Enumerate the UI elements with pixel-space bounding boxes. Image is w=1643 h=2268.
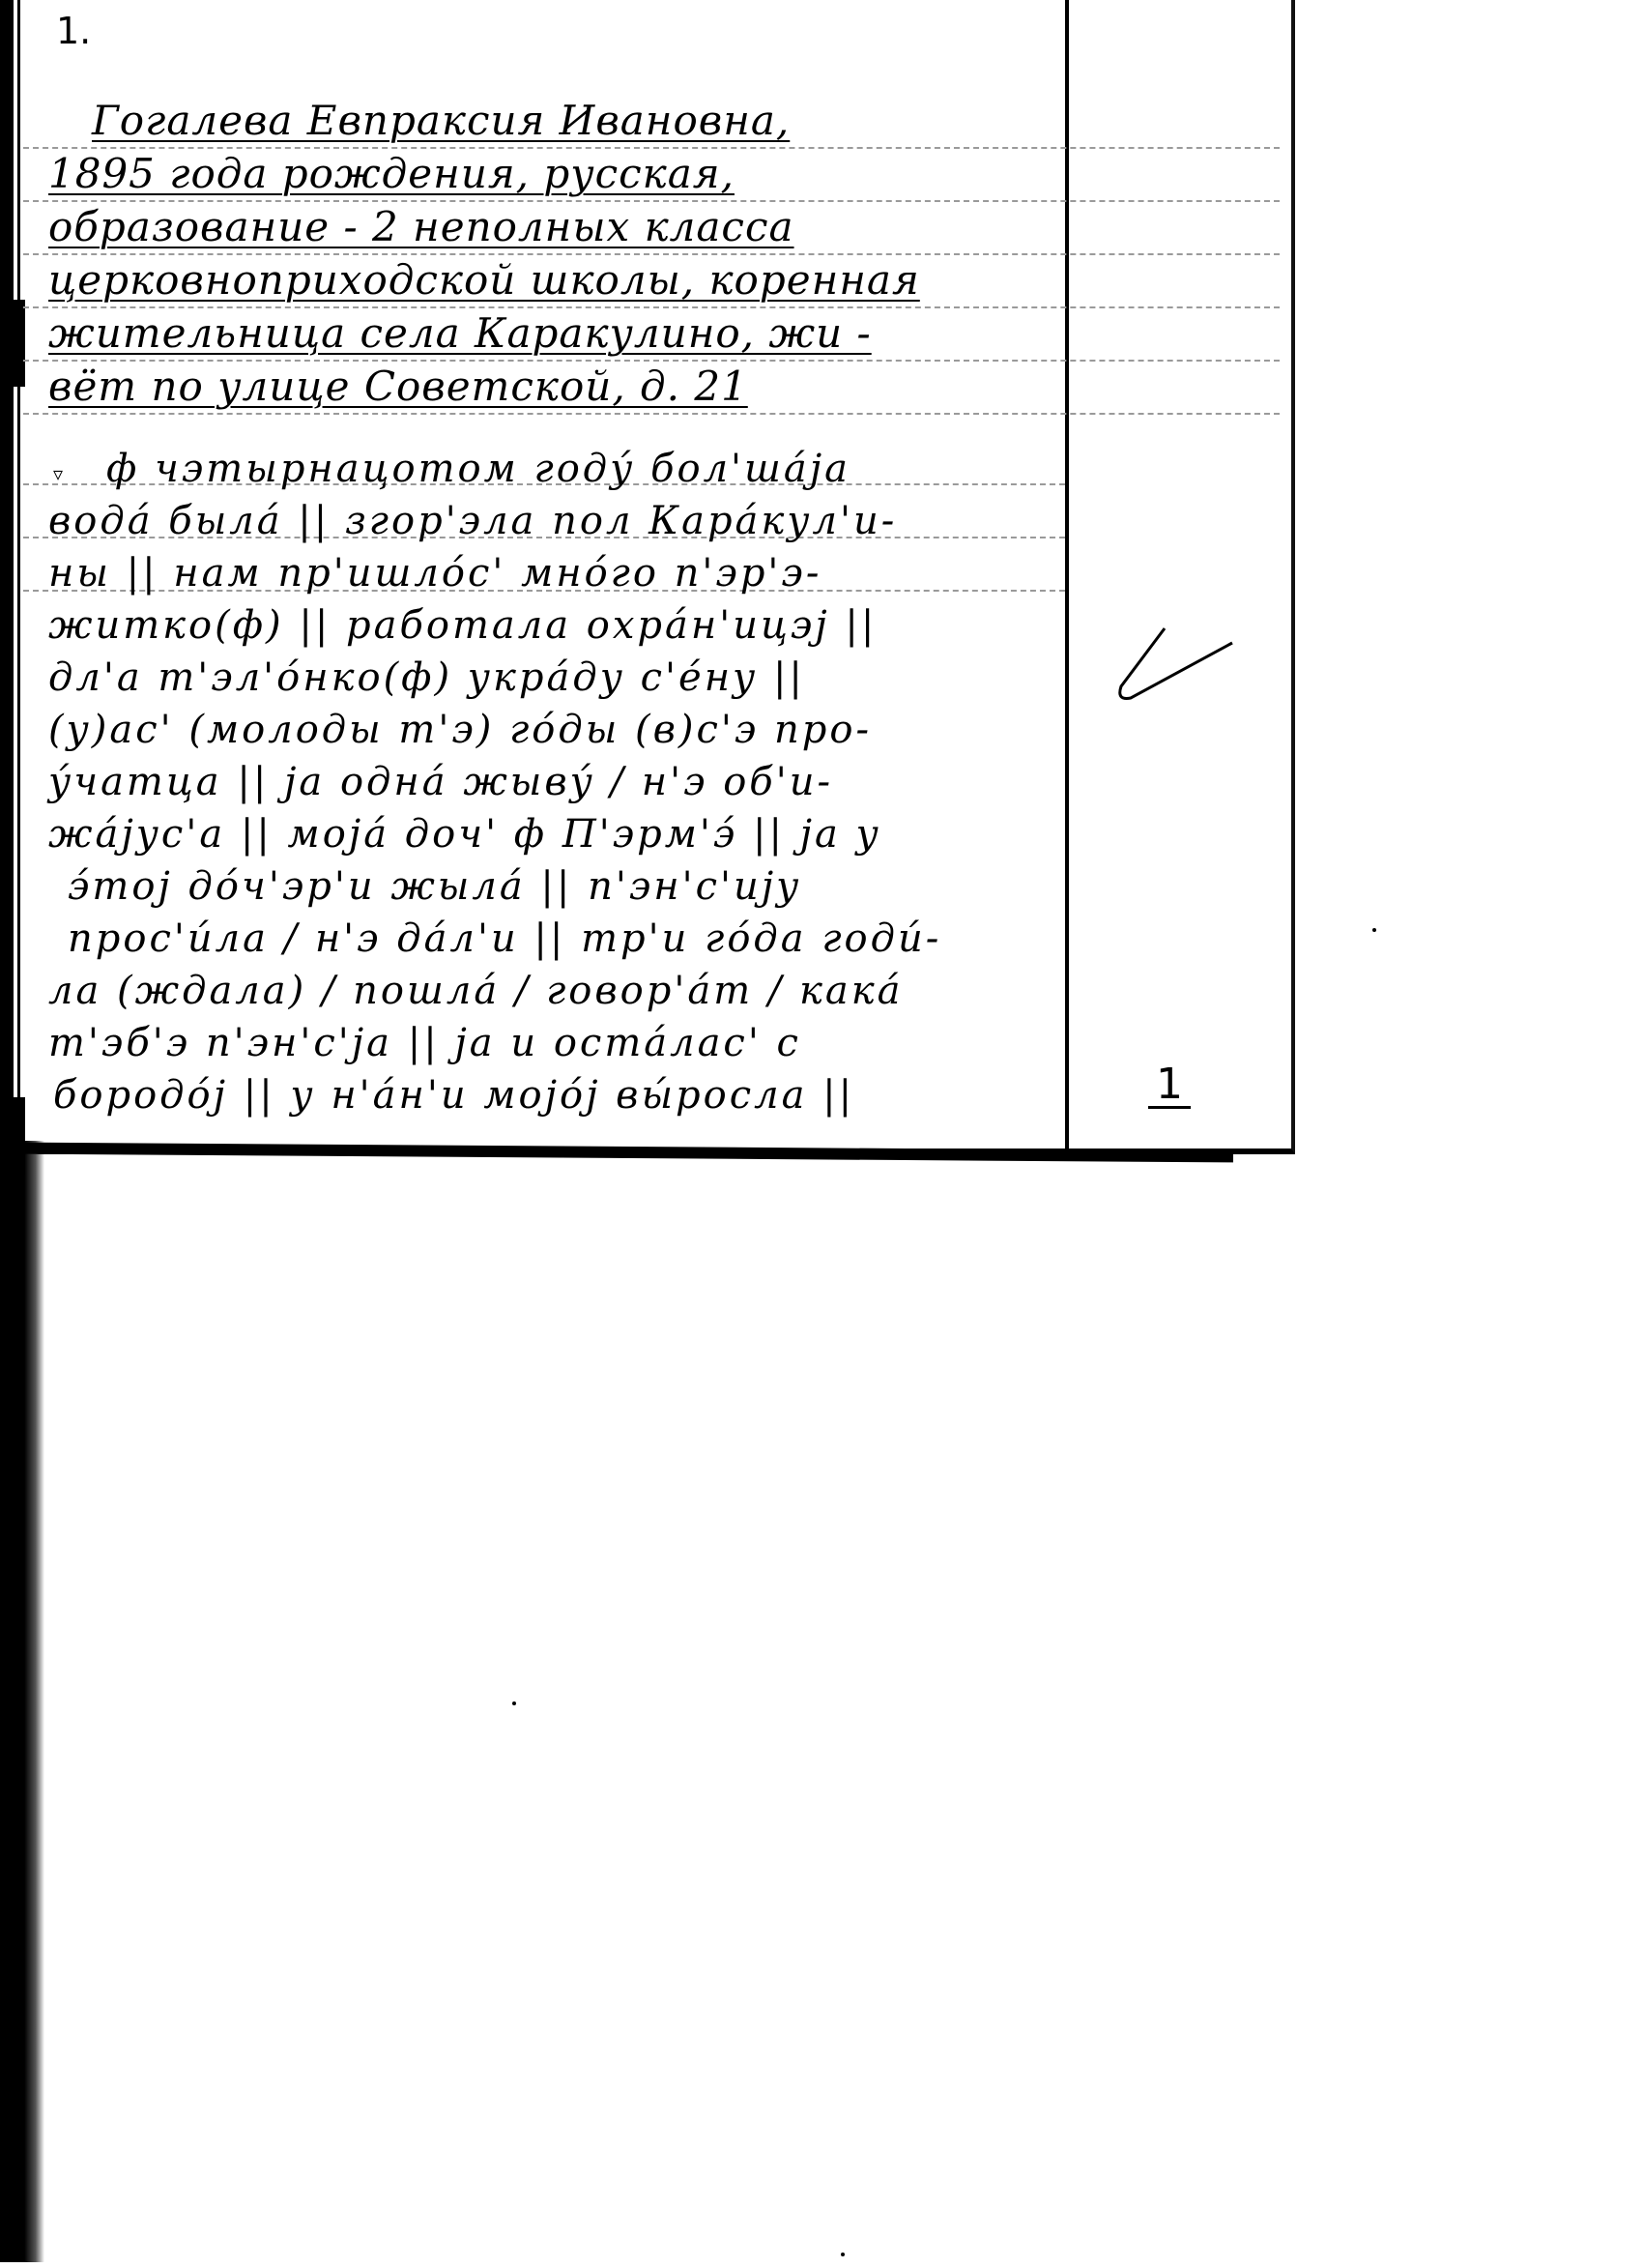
scan-speck [512,1701,516,1705]
transcription-line: дл'а т'эл'о́нко(ф) укра́ду с'е́ну || [48,655,805,700]
binding-tab [0,1097,25,1175]
transcription-line: житко(ф) || работала охра́н'ицэј || [48,603,877,648]
scan-speck [841,2253,845,2256]
scan-speck [1372,928,1376,932]
ruled-line [23,306,1280,308]
transcription-line: бородо́ј || у н'а́н'и мојо́ј вы́росла || [53,1073,854,1118]
ruled-line [23,200,1280,202]
informant-school: церковноприходской школы, коренная [48,256,920,304]
page-left-border [17,0,20,1150]
informant-birth: 1895 года рождения, русская, [48,150,735,197]
transcription-line: т'эб'э п'эн'с'ја || ја и оста́лас' с [48,1021,801,1065]
right-margin-line [1065,0,1069,1149]
informant-name: Гогалева Евпраксия Ивановна, [92,97,790,144]
ruled-line [23,253,1280,255]
binding-shadow [0,1141,44,2262]
transcription-line: ф чэтырнацотом году́ бол'ша́ја [106,447,850,491]
transcription-line: жа́јус'а || моја́ доч' ф П'эрм'э́ || ја … [48,812,881,857]
transcription-line: ны || нам пр'ишло́с' мно́го п'эр'э- [48,551,821,596]
transcription-line: вода́ была́ || згор'эла пол Кара́кул'и- [48,499,897,543]
transcription-line: э́тој до́ч'эр'и жыла́ || п'эн'с'ију [68,864,801,909]
transcription-line: у́чатца || ја одна́ жыву́ / н'э об'и- [48,760,833,804]
page-number: 1. [56,10,91,52]
transcription-line: (у)ас' (молоды т'э) го́ды (в)с'э про- [48,708,872,752]
start-marker-icon: ▿ [53,462,63,485]
informant-education: образование - 2 неполных класса [48,203,794,250]
binding-tab [0,300,25,387]
binding-edge [0,0,14,1150]
transcription-line: прос'и́ла / н'э да́л'и || тр'и го́да год… [68,916,941,961]
informant-residence: жительница села Каракулино, жи - [48,309,872,357]
margin-page-number: 1 [1148,1063,1191,1109]
transcription-line: ла (ждала) / пошла́ / говор'а́т / кака́ [48,969,904,1013]
ruled-line [23,413,1280,415]
ruled-line [23,147,1280,149]
check-mark-icon [1111,619,1237,754]
informant-address: вёт по улице Советской, д. 21 [48,363,748,410]
ruled-line [23,360,1280,362]
